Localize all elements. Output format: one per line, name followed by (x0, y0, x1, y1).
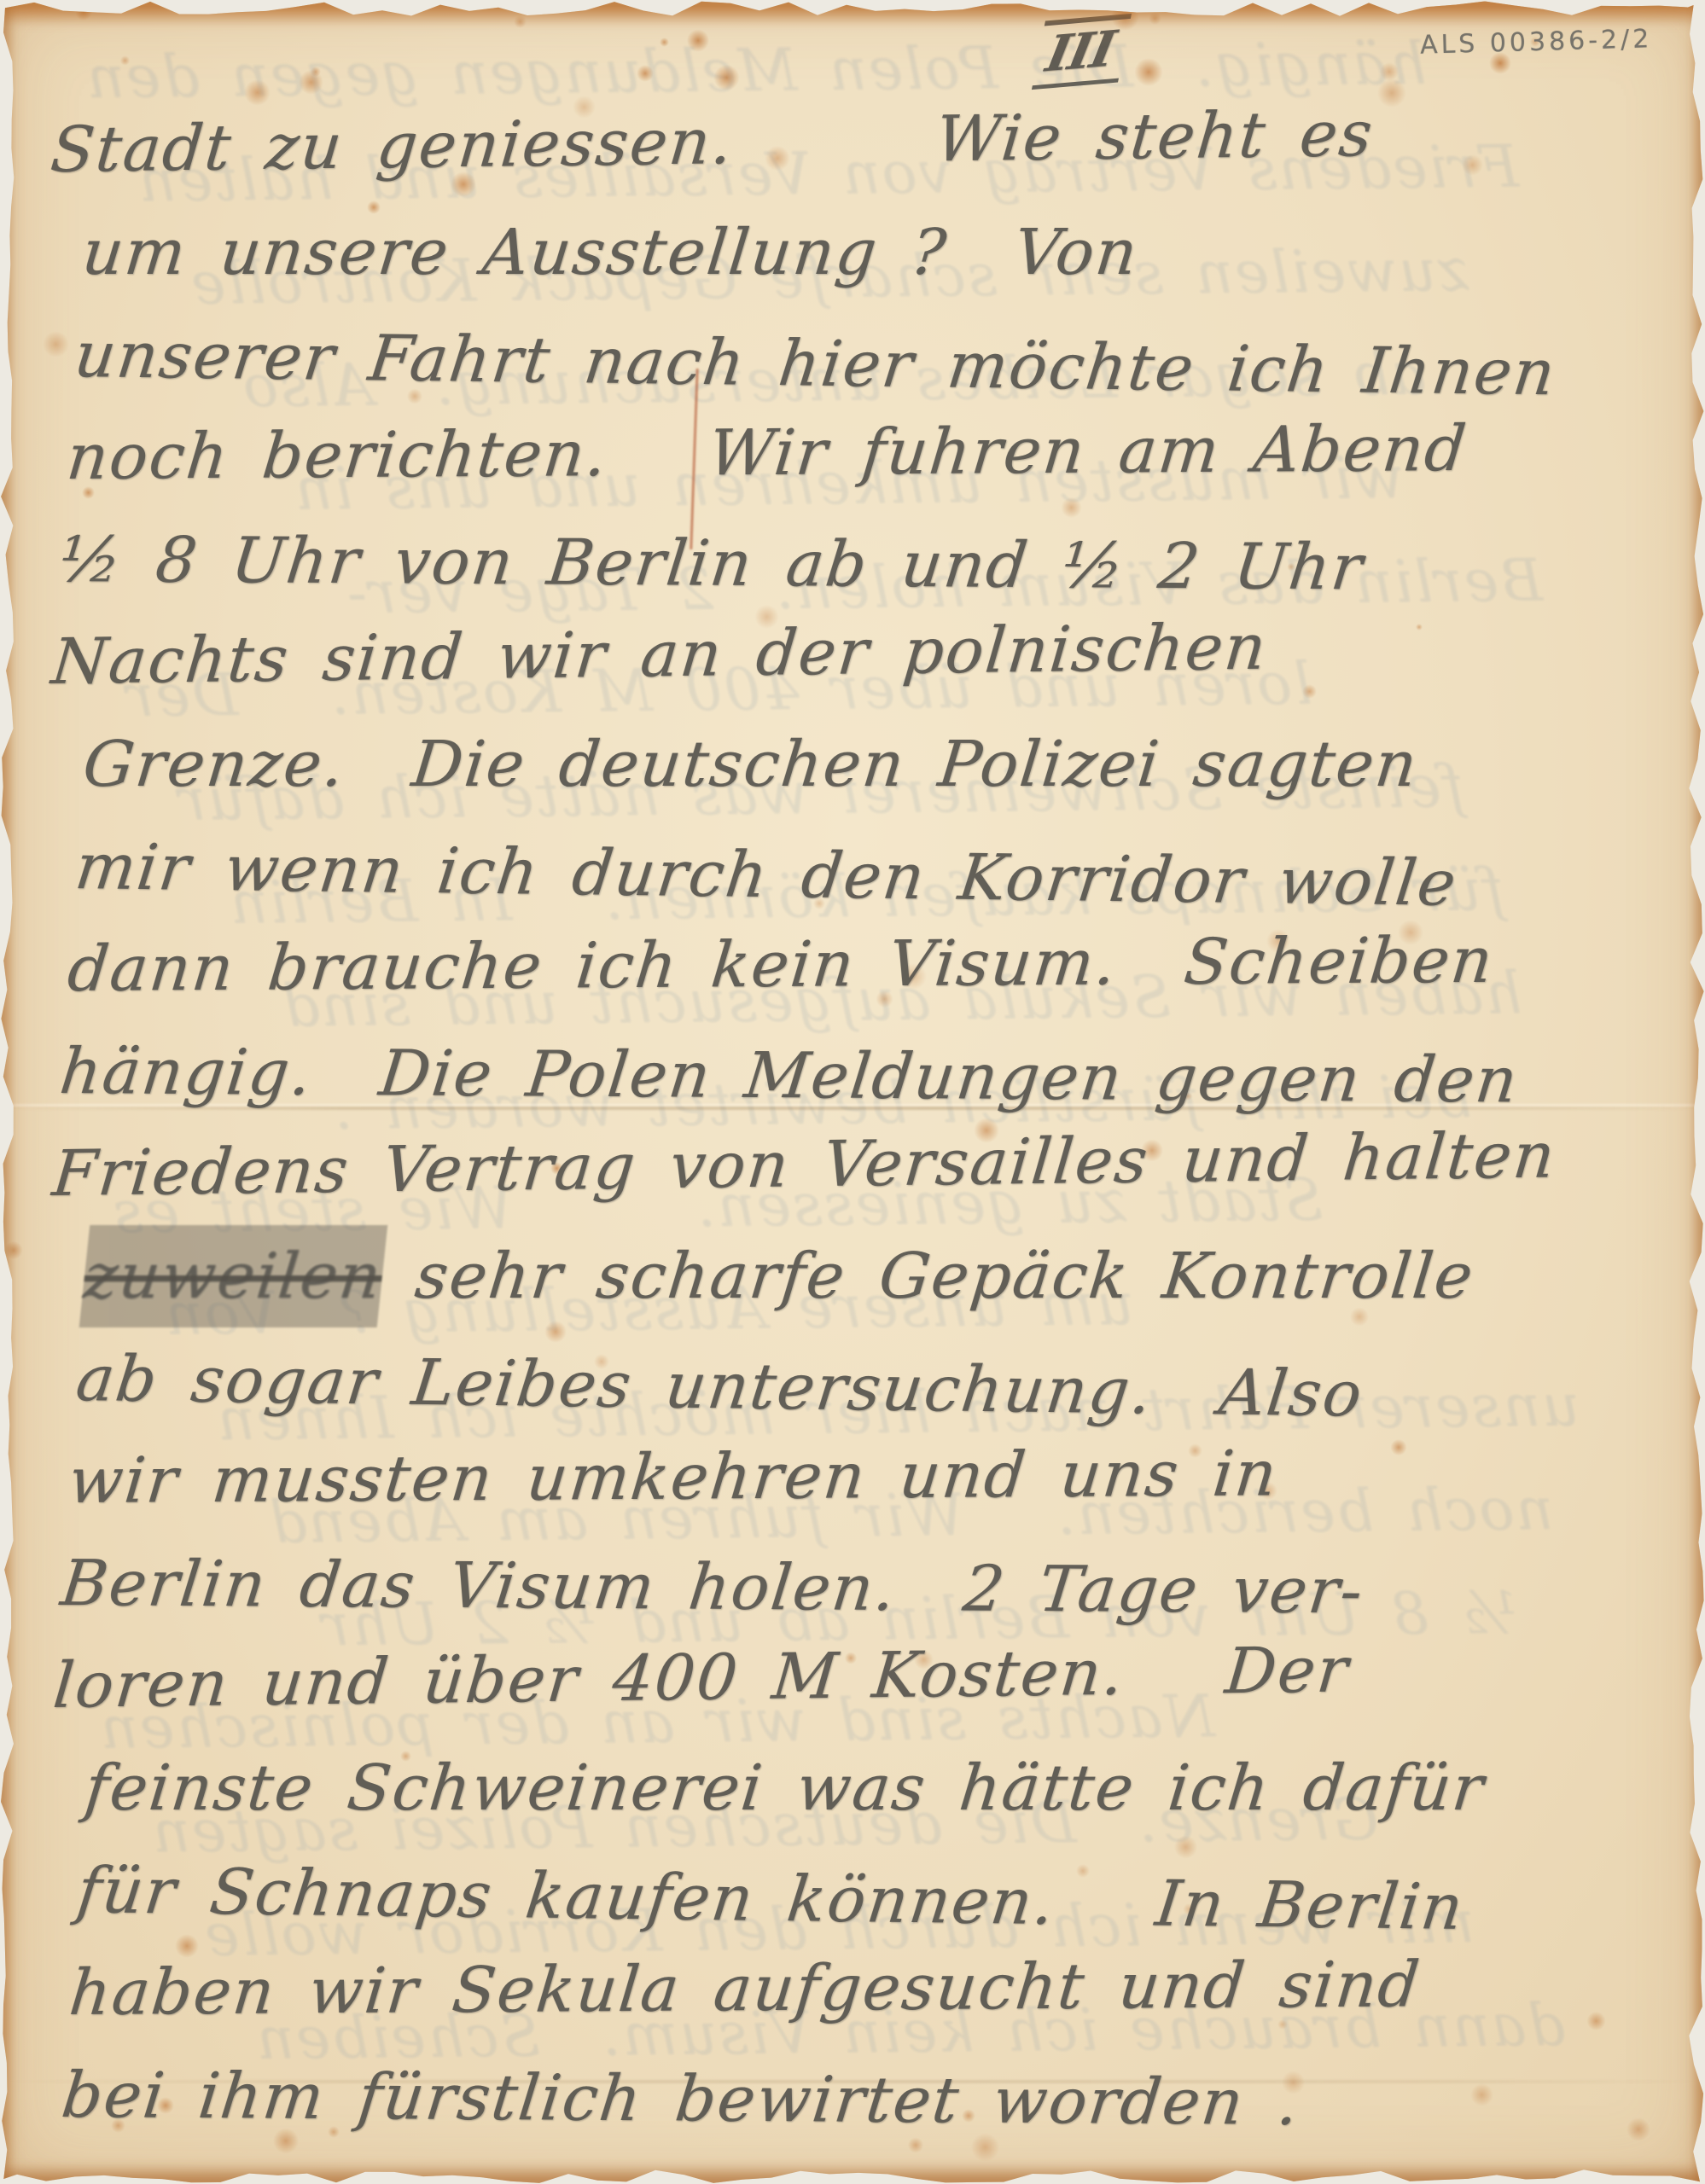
handwritten-line: zuweilen sehr scharfe Gepäck Kontrolle (79, 1225, 1685, 1327)
foxing-spot (311, 67, 321, 77)
catalog-number: ALS 00386-2/2 (1419, 24, 1652, 61)
handwritten-line: feinste Schweinerei was hätte ich dafür (80, 1737, 1685, 1839)
crossed-out-word: zuweilen (79, 1225, 387, 1327)
handwritten-line: Friedens Vertrag von Versailles und halt… (48, 1103, 1685, 1225)
foxing-spot (687, 29, 710, 52)
handwritten-line: haben wir Sekula aufgesucht und sind (65, 1931, 1685, 2044)
handwritten-line: Grenze. Die deutschen Polizei sagten (79, 713, 1685, 816)
right-edge-burn (1690, 0, 1705, 2184)
foxing-spot (713, 65, 739, 90)
scanned-letter-page: { "header": { "page_number": "III", "cat… (0, 0, 1705, 2184)
handwritten-line: noch berichten. Wir fuhren am Abend (62, 396, 1685, 508)
letter-paper-sheet: hängig. Die Polen Meldungen gegen denFri… (0, 0, 1705, 2184)
foxing-spot (660, 38, 669, 47)
handwritten-line: Stadt zu geniessen. Wie steht es (46, 79, 1685, 201)
handwritten-line: um unsere Ausstellung ? Von (78, 201, 1685, 304)
foxing-spot (1380, 62, 1398, 80)
foxing-spot (299, 70, 323, 95)
left-edge-burn (0, 0, 15, 2184)
foxing-spot (120, 55, 131, 66)
handwritten-line: dann brauche ich kein Visum. Scheiben (63, 908, 1685, 1020)
handwritten-line: bei ihm fürstlich bewirtet worden . (56, 2044, 1684, 2157)
top-edge-burn (0, 0, 1705, 26)
handwritten-line: loren und über 400 M Kosten. Der (49, 1615, 1685, 1737)
letter-lines: Stadt zu geniessen. Wie steht esum unser… (51, 99, 1679, 2146)
foxing-spot (1134, 58, 1163, 87)
handwritten-line: wir mussten umkehren und uns in (64, 1420, 1685, 1532)
bottom-edge-burn (0, 2164, 1705, 2184)
handwritten-line: Nachts sind wir an der polnischen (47, 591, 1685, 713)
foxing-spot (637, 65, 655, 83)
